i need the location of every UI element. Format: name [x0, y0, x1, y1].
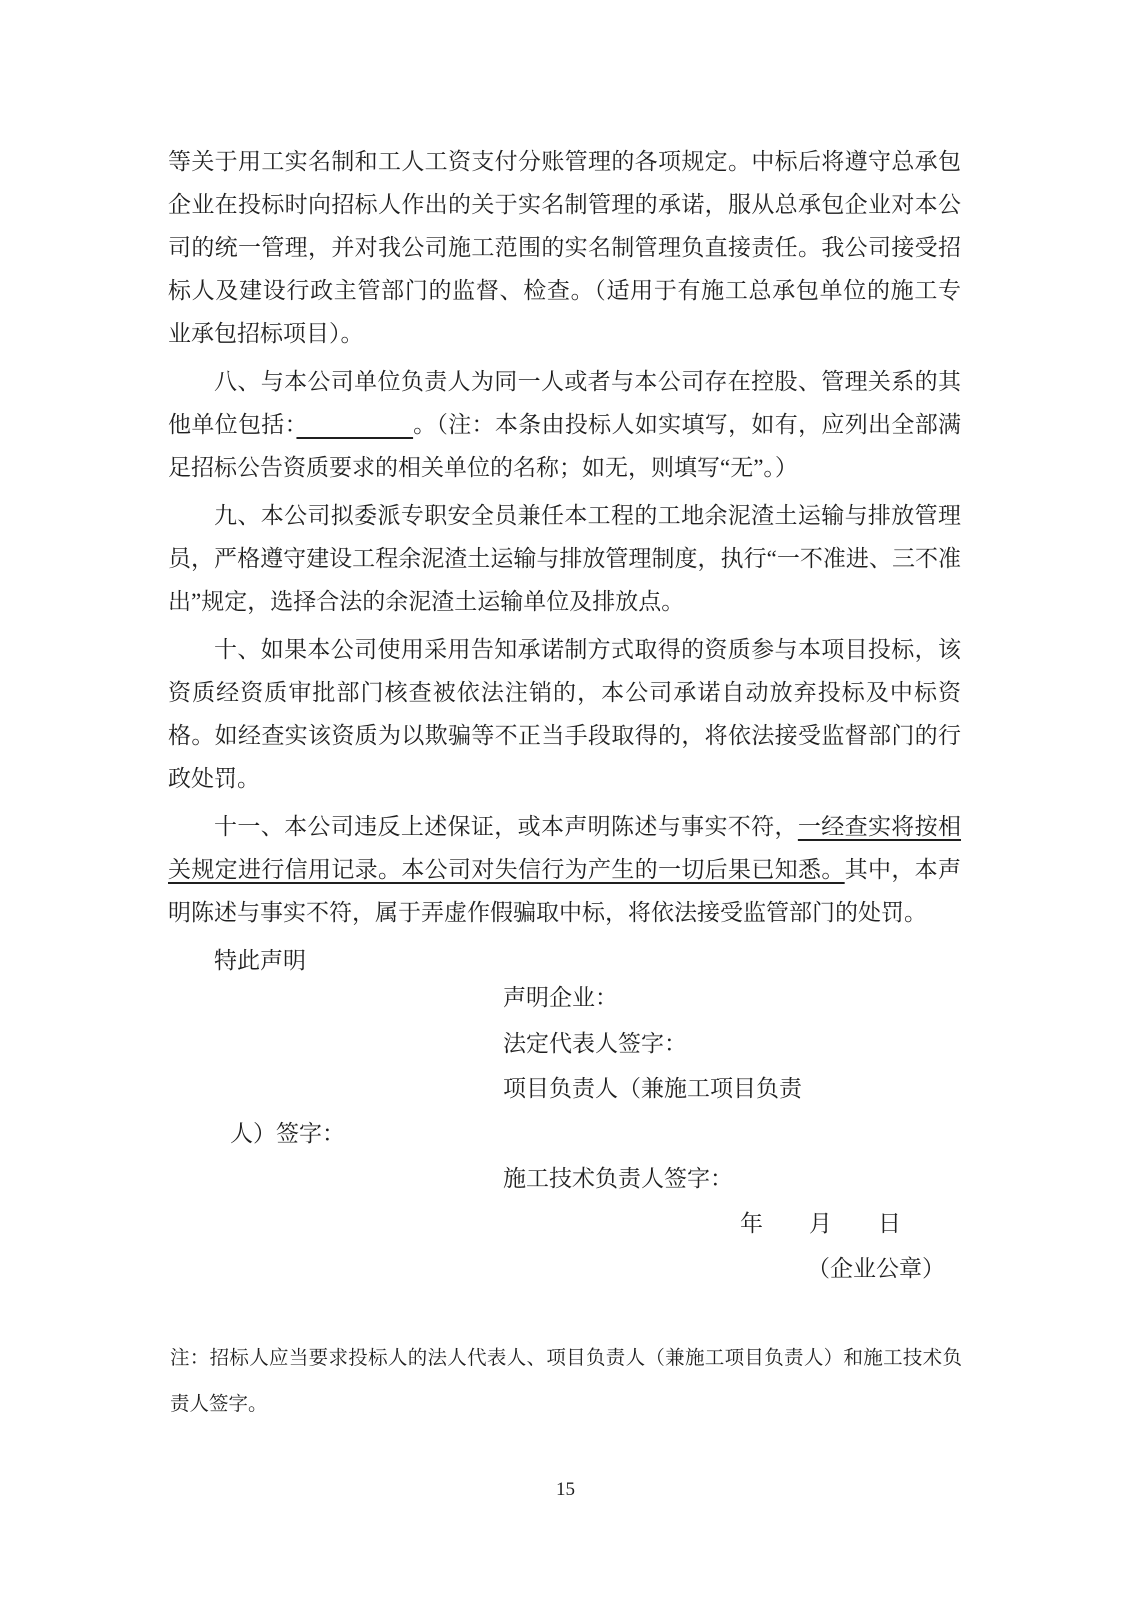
date-line: 年 月 日: [740, 1210, 901, 1237]
company-seal-label: （企业公章）: [807, 1255, 945, 1282]
signature-label-declaring-company: 声明企业：: [503, 984, 618, 1011]
paragraph-continuation: 等关于用工实名制和工人工资支付分账管理的各项规定。中标后将遵守总承包企业在投标时…: [168, 140, 961, 355]
clause-11-paragraph: 十一、本公司违反上述保证，或本声明陈述与事实不符，一经查实将按相关规定进行信用记…: [168, 805, 961, 934]
signature-label-legal-representative: 法定代表人签字：: [503, 1030, 687, 1057]
signature-label-project-manager: 项目负责人（兼施工项目负责: [503, 1075, 802, 1102]
footnote: 注：招标人应当要求投标人的法人代表人、项目负责人（兼施工项目负责人）和施工技术负…: [170, 1336, 962, 1428]
signature-label-project-manager-continued: 人）签字：: [230, 1120, 345, 1147]
closing-statement: 特此声明: [168, 939, 961, 982]
clause-10-paragraph: 十、如果本公司使用采用告知承诺制方式取得的资质参与本项目投标，该资质经资质审批部…: [168, 628, 961, 800]
page-number: 15: [0, 1479, 1131, 1501]
document-page: 等关于用工实名制和工人工资支付分账管理的各项规定。中标后将遵守总承包企业在投标时…: [0, 0, 1131, 1600]
signature-label-technical-lead: 施工技术负责人签字：: [503, 1165, 733, 1192]
document-body: 等关于用工实名制和工人工资支付分账管理的各项规定。中标后将遵守总承包企业在投标时…: [168, 140, 961, 982]
clause-9-paragraph: 九、本公司拟委派专职安全员兼任本工程的工地余泥渣土运输与排放管理员，严格遵守建设…: [168, 494, 961, 623]
clause-8-paragraph: 八、与本公司单位负责人为同一人或者与本公司存在控股、管理关系的其他单位包括： 。…: [168, 360, 961, 489]
